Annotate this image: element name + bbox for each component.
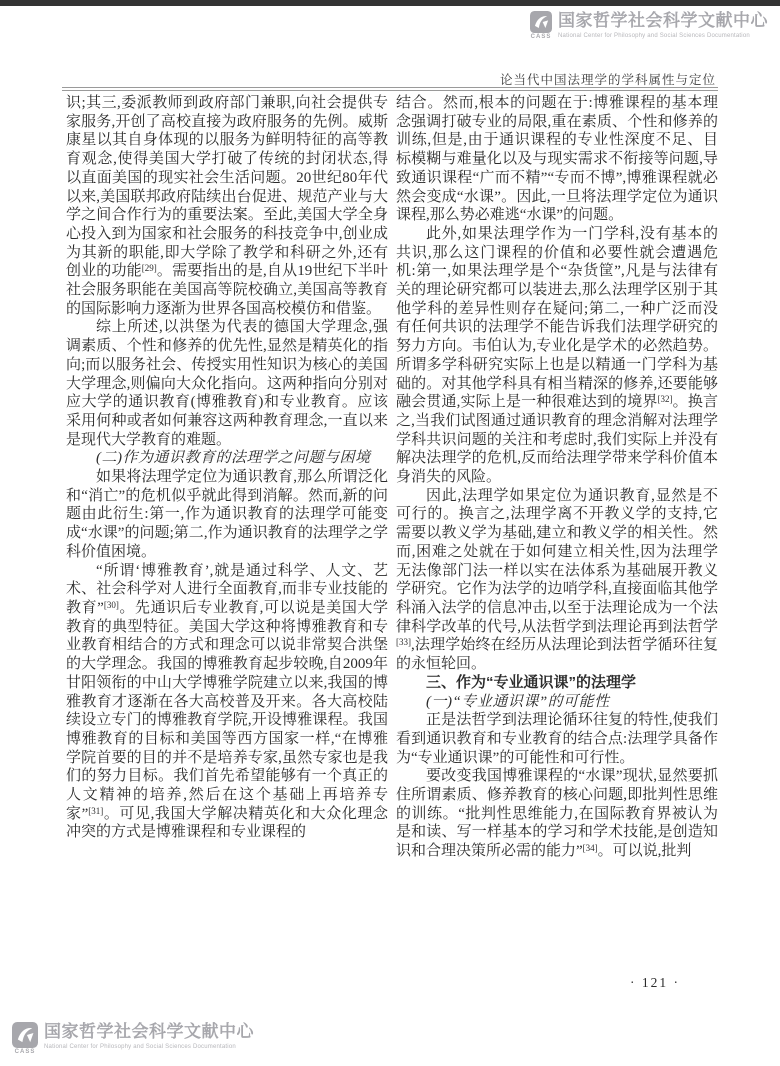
footnote-ref: [31] — [88, 806, 103, 816]
body-paragraph: 识;其三,委派教师到政府部门兼职,向社会提供专家服务,开创了高校直接为政府服务的… — [66, 94, 388, 318]
brand-name-en: National Center for Philosophy and Socia… — [44, 1044, 254, 1050]
left-column: 识;其三,委派教师到政府部门兼职,向社会提供专家服务,开创了高校直接为政府服务的… — [66, 94, 388, 842]
body-paragraph: 正是法哲学到法理论循环往复的特性,使我们看到通识教育和专业教育的结合点:法理学具… — [396, 711, 718, 767]
header-brand-logo: CASS 国家哲学社会科学文献中心 National Center for Ph… — [530, 11, 768, 40]
right-column: 结合。然而,根本的问题在于:博雅课程的基本理念强调打破专业的局限,重在素质、个性… — [396, 94, 718, 861]
footer-brand-logo: CASS 国家哲学社会科学文献中心 National Center for Ph… — [12, 1022, 254, 1055]
footer-brand-words: 国家哲学社会科学文献中心 National Center for Philoso… — [44, 1022, 254, 1050]
header-brand-words: 国家哲学社会科学文献中心 National Center for Philoso… — [558, 11, 768, 39]
body-paragraph: 因此,法理学如果定位为通识教育,显然是不可行的。换言之,法理学离不开教义学的支持… — [396, 487, 718, 674]
cass-logo-icon — [12, 1022, 38, 1048]
brand-name-en: National Center for Philosophy and Socia… — [558, 33, 768, 39]
section-heading: 三、作为“专业通识课”的法理学 — [396, 674, 718, 693]
body-paragraph: “所谓‘博雅教育’,就是通过科学、人文、艺术、社会科学对人进行全面教育,而非专业… — [66, 562, 388, 843]
footnote-ref: [34] — [583, 843, 598, 853]
body-paragraph: 如果将法理学定位为通识教育,那么所谓泛化和“消亡”的危机似乎就此得到消解。然而,… — [66, 468, 388, 562]
footnote-ref: [30] — [104, 600, 119, 610]
body-paragraph: 此外,如果法理学作为一门学科,没有基本的共识,那么这门课程的价值和必要性就会遭遇… — [396, 225, 718, 487]
subsection-heading: (一)“专业通识课”的可能性 — [396, 693, 718, 712]
document-page: CASS 国家哲学社会科学文献中心 National Center for Ph… — [0, 0, 780, 1066]
cass-abbr: CASS — [531, 34, 552, 40]
subsection-heading: (二)作为通识教育的法理学之问题与困境 — [66, 449, 388, 468]
top-bar — [0, 0, 780, 6]
footnote-ref: [33] — [396, 637, 411, 647]
footer-logo-icon-column: CASS — [12, 1022, 38, 1055]
footnote-ref: [32] — [658, 394, 673, 404]
body-paragraph: 要改变我国博雅课程的“水课”现状,显然要抓住所谓素质、修养教育的核心问题,即批判… — [396, 767, 718, 861]
brand-name-cn: 国家哲学社会科学文献中心 — [44, 1022, 254, 1042]
cass-logo-icon — [530, 11, 552, 33]
body-paragraph: 结合。然而,根本的问题在于:博雅课程的基本理念强调打破专业的局限,重在素质、个性… — [396, 94, 718, 225]
running-head: 论当代中国法理学的学科属性与定位 — [500, 70, 716, 88]
header-logo-icon-column: CASS — [530, 11, 552, 40]
cass-abbr: CASS — [15, 1049, 36, 1055]
page-number: · 121 · — [630, 975, 680, 991]
brand-name-cn: 国家哲学社会科学文献中心 — [558, 11, 768, 31]
footnote-ref: [29] — [142, 263, 157, 273]
header-rule — [62, 87, 718, 91]
body-paragraph: 综上所述,以洪堡为代表的德国大学理念,强调素质、个性和修养的优先性,显然是精英化… — [66, 318, 388, 449]
